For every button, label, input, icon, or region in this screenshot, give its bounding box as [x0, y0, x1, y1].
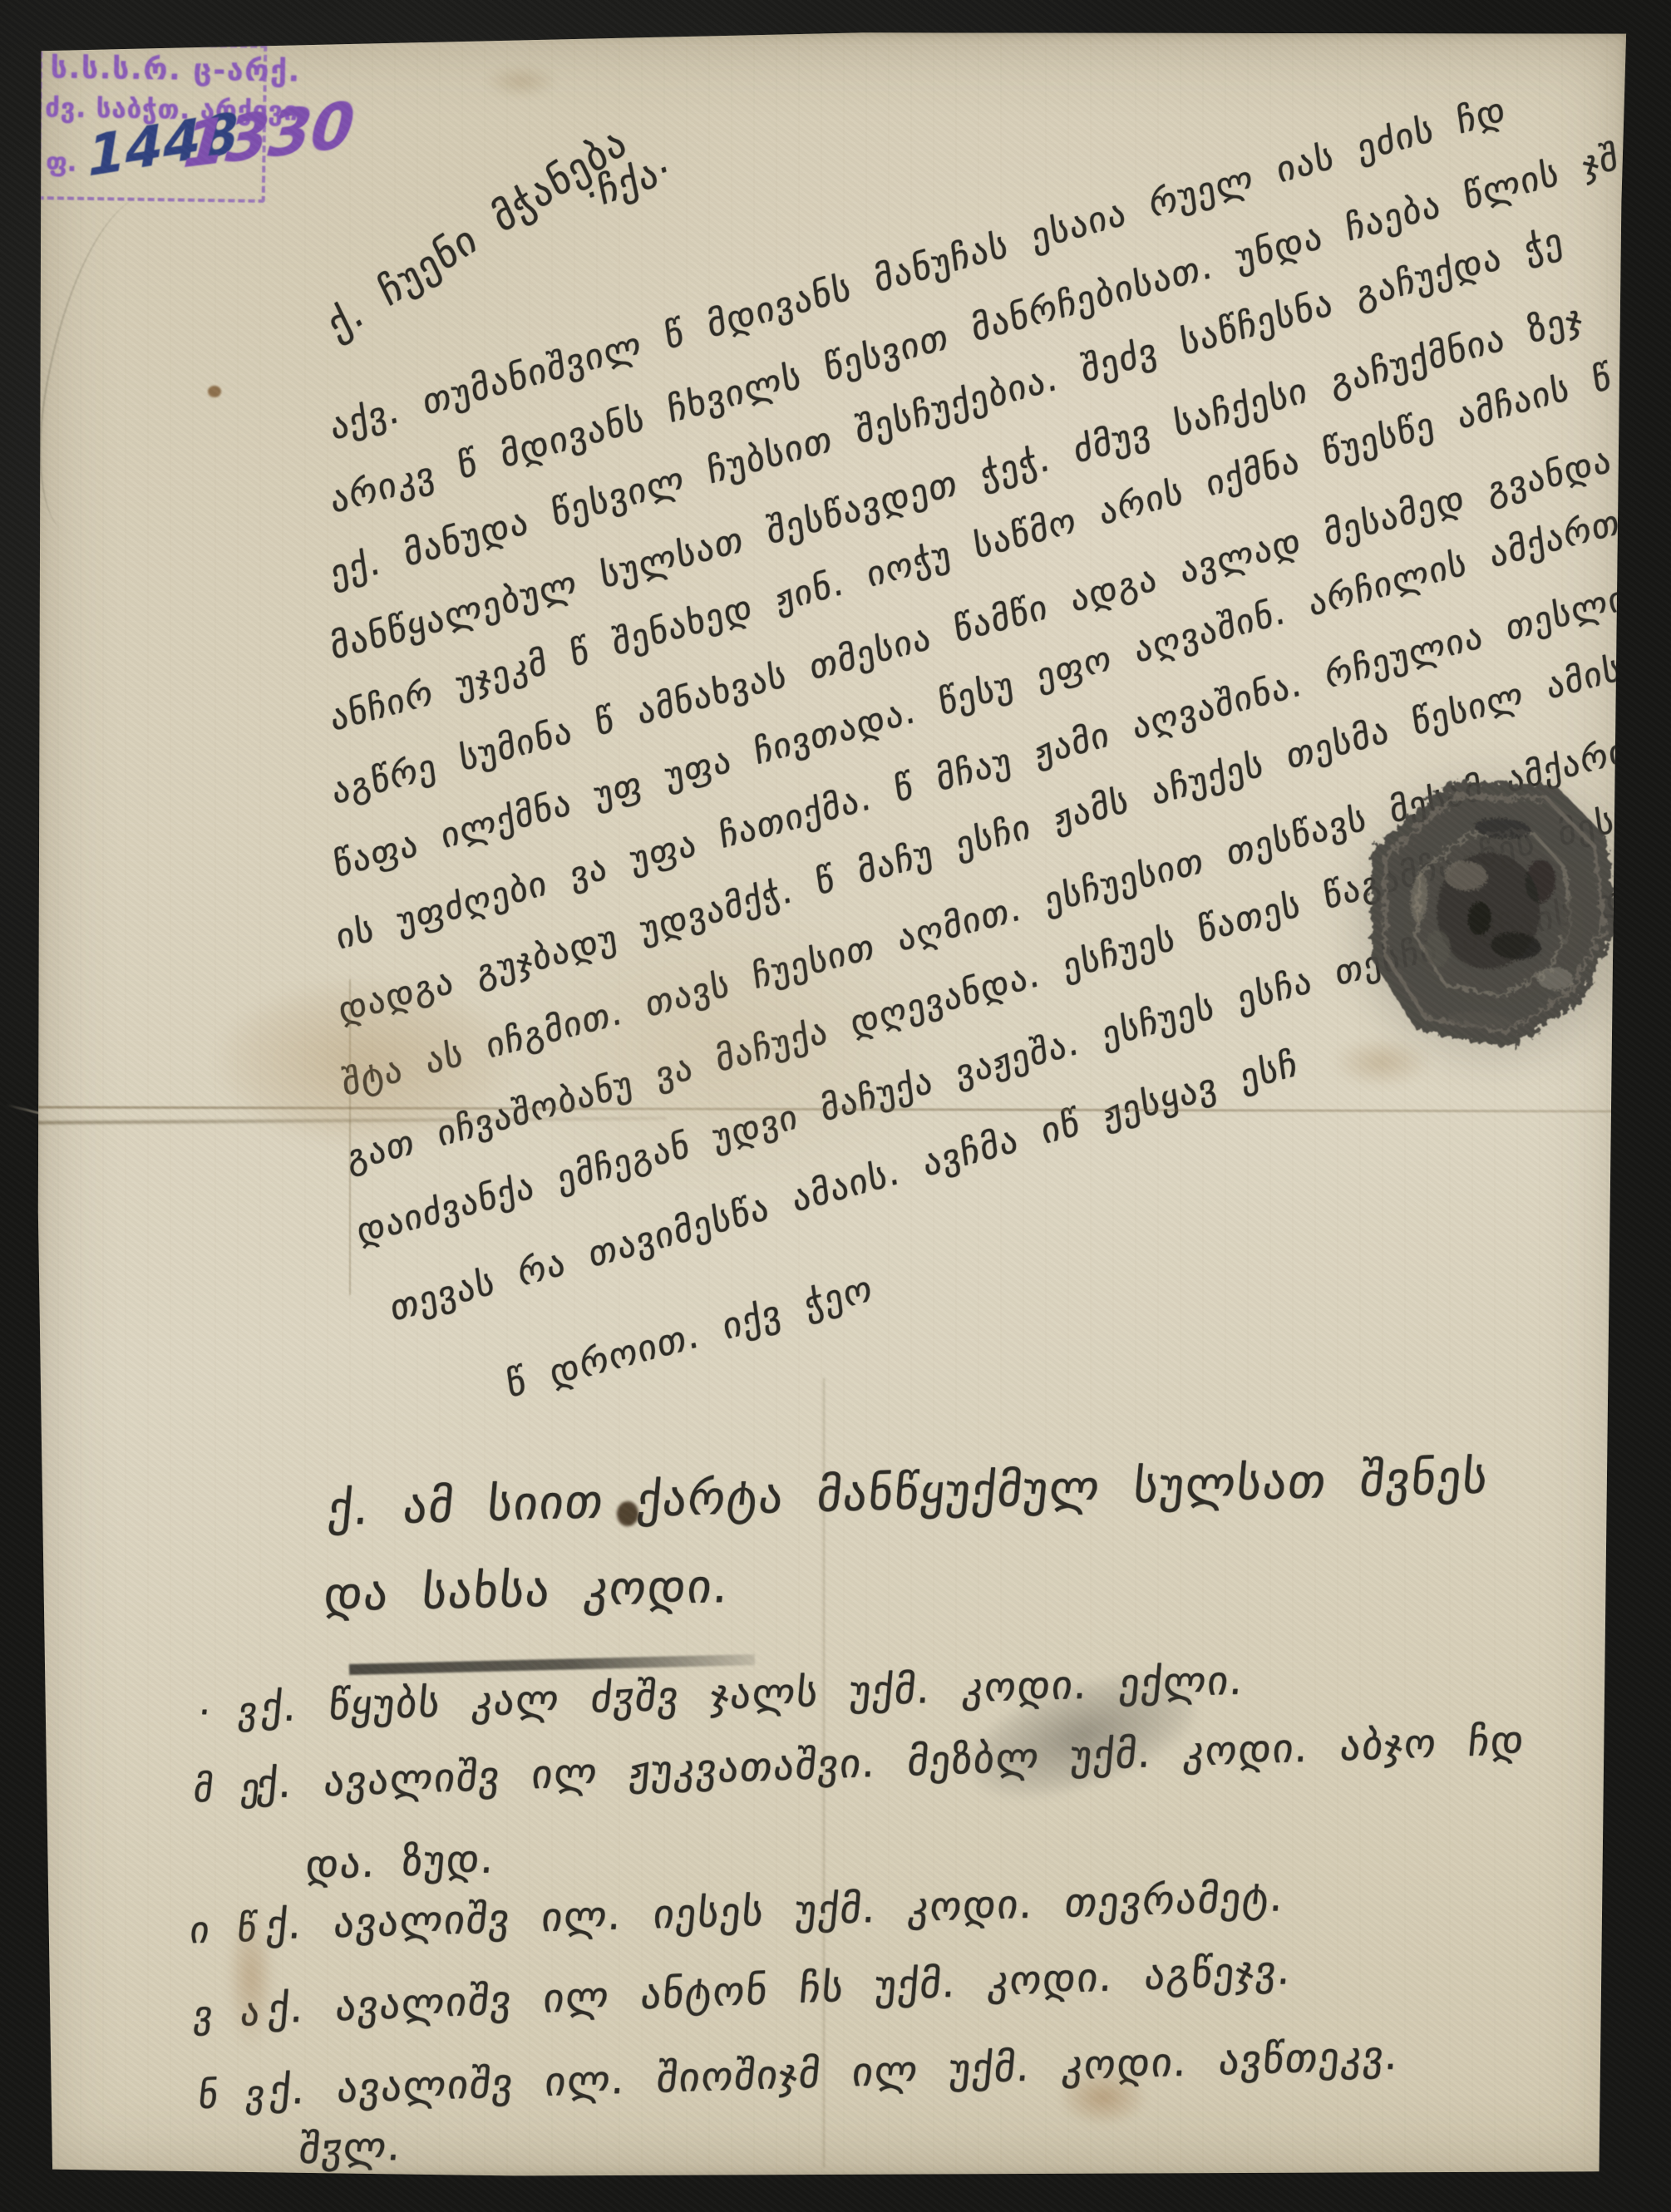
stamp-line-1: ს.ს.ს.რ. ც-არქ.	[51, 52, 302, 88]
body-line-text: წ დროით. იქვ ჭეო	[504, 1267, 875, 1407]
list-row-text-inner: ქ. ავალიშვ ილ. იესეს უქმ. კოდი. თევრამეტ…	[264, 1874, 1287, 1948]
list-row-continuation: შჳლ.	[298, 2123, 402, 2173]
list-row-continuation: და. ზუდ.	[305, 1835, 496, 1889]
list-row-text: ქ. ავალიშვ ილ ანტონ ჩს უქმ. კოდი. აგწეჯვ…	[268, 1947, 1293, 2032]
list-row-text: ქ. ავალიშვ ილ ჟუკვათაშვი. მეზბლ უქმ. კოდ…	[256, 1717, 1526, 1807]
heading-line-2: და სახსა კოდი.	[323, 1559, 730, 1622]
pencil-scratch	[23, 182, 203, 547]
heading-line-1: ქ. ამ სიით ქარტა მანწყუქმულ სულსათ შვნეს	[328, 1450, 1489, 1536]
spot-small-brown	[208, 386, 221, 397]
list-row-number: ი წ	[188, 1907, 267, 1952]
list-row-continuation-text: შჳლ.	[298, 2123, 404, 2174]
list-row-text: ქ. ავალიშვ ილ. შიოშიჯმ ილ უქმ. კოდი. ავწ…	[269, 2032, 1400, 2114]
scan-backdrop: ს.ს.ს.რ. ც-არქ. ძვ. საბჭთ. არქივი. ფ. 14…	[0, 0, 1671, 2212]
list-row-text: ქ. ავალიშვ ილ. იესეს უქმ. კოდი. თევრამეტ…	[266, 1874, 1285, 1948]
list-row-text-inner: ქ. ავალიშვ ილ ანტონ ჩს უქმ. კოდი. აგწეჯვ…	[267, 1947, 1294, 2033]
list-row-number: ვ ა	[191, 1991, 269, 2037]
body-line: წ დროით. იქვ ჭეო	[502, 1268, 879, 1406]
body-line-text: ქ. ჩუენი მჭანება	[321, 118, 634, 350]
list-row-text: ქ. წყუბს კალ ძჳშვ ჯალს უქმ. კოდი. ექლი.	[261, 1657, 1245, 1731]
seal-graphic	[1354, 770, 1630, 1062]
stamp-fond-prefix: ფ.	[46, 148, 76, 178]
list-row-number: ნ ვ	[196, 2072, 275, 2117]
document-paper: ს.ს.ს.რ. ც-არქ. ძვ. საბჭთ. არქივი. ფ. 14…	[35, 32, 1628, 2178]
stain-top-edge	[484, 65, 559, 98]
heading-line-2-text: და სახსა კოდი.	[322, 1559, 732, 1622]
list-row-continuation-text: და. ზუდ.	[304, 1835, 498, 1889]
wax-ink-seal	[1354, 770, 1630, 1062]
list-row-number: · ვ	[196, 1689, 268, 1733]
list-row-text-inner: ქ. ავალიშვ ილ. შიოშიჯმ ილ უქმ. კოდი. ავწ…	[268, 2032, 1402, 2114]
body-line: ქ. ჩუენი მჭანება	[318, 120, 636, 348]
list-row-text-inner: ქ. ავალიშვ ილ ჟუკვათაშვი. მეზბლ უქმ. კოდ…	[254, 1717, 1526, 1807]
heading-line-1-text: ქ. ამ სიით ქარტა მანწყუქმულ სულსათ შვნეს	[326, 1450, 1491, 1536]
list-row-text-inner: ქ. წყუბს კალ ძჳშვ ჯალს უქმ. კოდი. ექლი.	[259, 1657, 1246, 1731]
